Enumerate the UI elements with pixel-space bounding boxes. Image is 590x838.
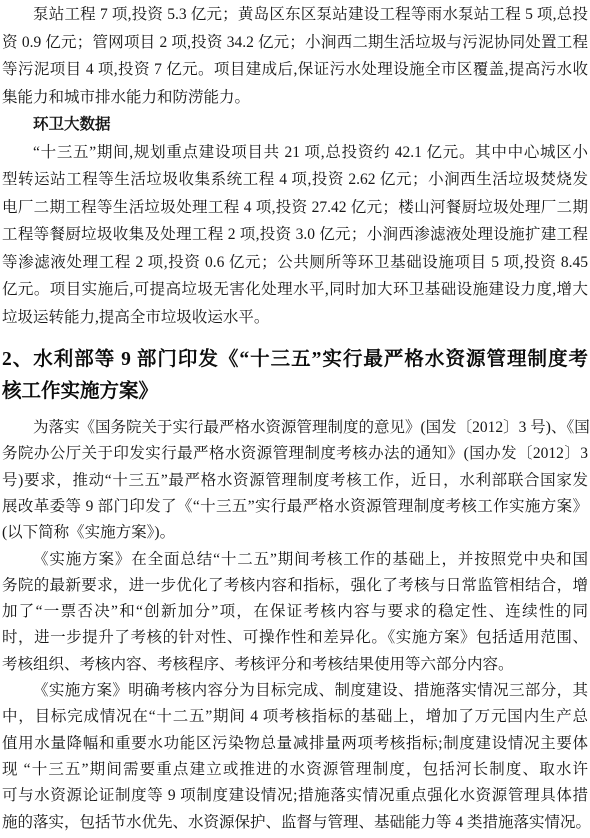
text-line: 务院的最新要求，进一步优化了考核内容和指标，强化了考核与日常监管相结合，增 [2,574,588,598]
heading-line: 2、水利部等 9 部门印发《“十三五”实行最严格水资源管理制度考 [2,345,588,375]
text-line: “十三五”期间,规划重点建设项目共 21 项,总投资约 42.1 亿元。其中中心… [2,141,588,165]
paragraph-assessment-content: 《实施方案》明确考核内容分为目标完成、制度建设、措施落实情况三部分，其 中，目标… [0,0,590,838]
paragraph-sewage-projects: 泵站工程 7 项,投资 5.3 亿元；黄岛区东区泵站建设工程等雨水泵站工程 5 … [0,0,590,838]
text-line: 资 0.9 亿元；管网项目 2 项,投资 34.2 亿元；小涧西二期生活垃圾与污… [2,31,588,55]
text-line: 可与水资源论证制度等 9 项制度建设情况;措施落实情况重点强化水资源管理具体措 [2,784,588,808]
text-line: 务院办公厅关于印发实行最严格水资源管理制度考核办法的通知》(国办发〔2012〕3 [2,442,588,466]
text-line: 施的落实，包括节水优先、水资源保护、监督与管理、基础能力等 4 类措施落实情况。 [2,811,588,835]
text-line: 集能力和城市排水能力和防涝能力。 [2,86,588,110]
text-line: 电厂二期工程等生活垃圾处理工程 4 项,投资 27.42 亿元；楼山河餐厨垃圾处… [2,196,588,220]
heading-line: 核工作实施方案》 [2,377,588,407]
section-heading-water-resources: 2、水利部等 9 部门印发《“十三五”实行最严格水资源管理制度考 核工作实施方案… [0,0,590,838]
text-line: 工程等餐厨垃圾收集及处理工程 2 项,投资 3.0 亿元；小涧西渗滤液处理设施扩… [2,223,588,247]
text-line: 时，进一步提升了考核的针对性、可操作性和差异化。《实施方案》包括适用范围、 [2,626,588,650]
text-line: 泵站工程 7 项,投资 5.3 亿元；黄岛区东区泵站建设工程等雨水泵站工程 5 … [2,3,588,27]
text-line: 中，目标完成情况在“十二五”期间 4 项考核指标的基础上，增加了万元国内生产总 [2,705,588,729]
text-line: (以下简称《实施方案》)。 [2,521,588,545]
paragraph-plan-summary: 《实施方案》在全面总结“十二五”期间考核工作的基础上，并按照党中央和国 务院的最… [0,0,590,838]
text-line: 等污泥项目 4 项,投资 7 亿元。项目建成后,保证污水处理设施全市区覆盖,提高… [2,58,588,82]
text-line: 展改革委等 9 部门印发了《“十三五”实行最严格水资源管理制度考核工作实施方案》 [2,495,588,519]
paragraph-sanitation-projects: “十三五”期间,规划重点建设项目共 21 项,总投资约 42.1 亿元。其中中心… [0,0,590,838]
text-line: 现 “十三五”期间需要重点建立或推进的水资源管理制度，包括河长制度、取水许 [2,758,588,782]
text-line: 型转运站工程等生活垃圾收集系统工程 4 项,投资 2.62 亿元；小涧西生活垃圾… [2,168,588,192]
text-line: 等渗滤液处理工程 2 项,投资 0.6 亿元；公共厕所等环卫基础设施项目 5 项… [2,251,588,275]
text-line: 《实施方案》在全面总结“十二五”期间考核工作的基础上，并按照党中央和国 [2,548,588,572]
subheading-sanitation-data: 环卫大数据 [0,0,590,838]
text-line: 亿元。项目实施后,可提高垃圾无害化处理水平,同时加大环卫基础设施建设力度,增大 [2,278,588,302]
text-line: 为落实《国务院关于实行最严格水资源管理制度的意见》(国发〔2012〕3 号)、《… [2,416,588,440]
text-line: 垃圾运转能力,提高全市垃圾收运水平。 [2,306,588,330]
paragraph-background: 为落实《国务院关于实行最严格水资源管理制度的意见》(国发〔2012〕3 号)、《… [0,0,590,838]
text-line: 考核组织、考核内容、考核程序、考核评分和考核结果使用等六部分内容。 [2,653,588,677]
text-line: 加了“一票否决”和“创新加分”项，在保证考核内容与要求的稳定性、连续性的同 [2,600,588,624]
text-line: 《实施方案》明确考核内容分为目标完成、制度建设、措施落实情况三部分，其 [2,679,588,703]
subheading-text: 环卫大数据 [2,113,588,137]
text-line: 值用水量降幅和重要水功能区污染物总量减排量两项考核指标;制度建设情况主要体 [2,732,588,756]
text-line: 号)要求，推动“十三五”最严格水资源管理制度考核工作，近日，水利部联合国家发 [2,469,588,493]
